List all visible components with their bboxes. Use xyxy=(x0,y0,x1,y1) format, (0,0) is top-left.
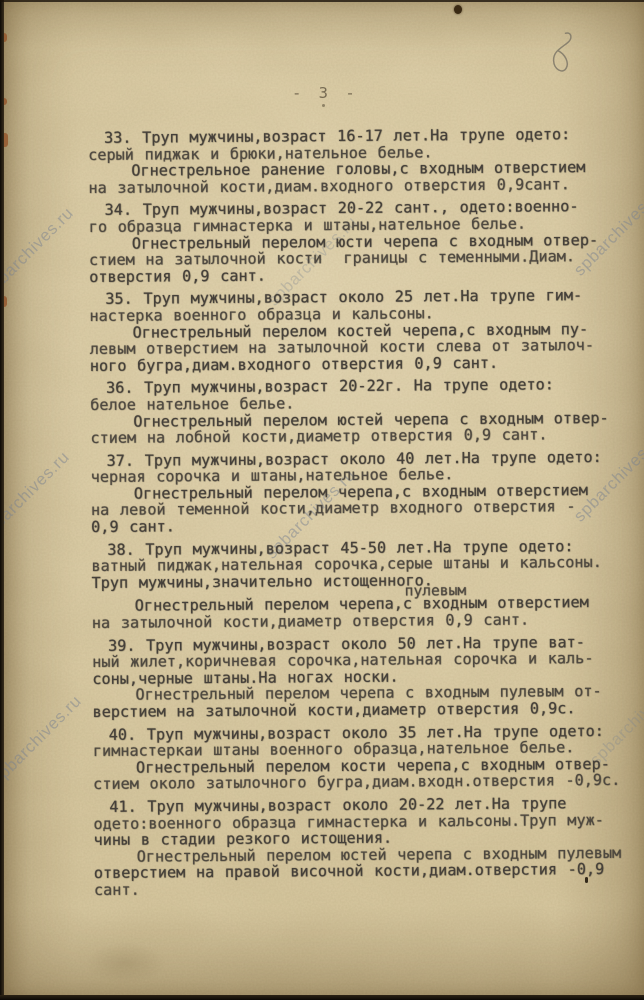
binding-rust-mark xyxy=(4,296,7,307)
scanned-document-page: spbarchives.ru spbarchives.ru spbarchive… xyxy=(0,0,644,1000)
typed-line: Огнестрельный перелом юстей черепа с вхо… xyxy=(94,845,624,866)
binding-rust-mark xyxy=(4,133,8,147)
entry-41: 41. Труп мужчины,возраст около 20-22 лет… xyxy=(93,795,624,899)
binding-rust-mark xyxy=(4,33,7,42)
entry-35: 35. Труп мужчины,возраст около 25 лет.На… xyxy=(89,287,620,374)
typed-page-number: - 3 - xyxy=(292,84,359,102)
watermark-text: spbarchives.ru xyxy=(0,448,74,545)
paper-hole-stain xyxy=(454,5,462,14)
typed-line: на затылочной кости,диам.входного отверс… xyxy=(88,176,618,197)
typed-line: одето:военного образца гимнастерка и кал… xyxy=(93,811,623,832)
entry-39: 39. Труп мужчины,возраст около 50 лет.На… xyxy=(92,633,623,720)
entry-37: 37. Труп мужчины,возраст около 40 лет.На… xyxy=(91,449,622,536)
entry-40: 40. Труп мужчины,возраст около 35 лет.На… xyxy=(93,722,624,793)
paper-smudge xyxy=(86,942,166,984)
handwritten-page-number xyxy=(545,29,576,81)
typed-line: сант. xyxy=(94,878,624,899)
binding-rust-mark xyxy=(4,98,7,105)
scan-edge-left xyxy=(0,0,4,1000)
entry-38: 38. Труп мужчины,возраст 45-50 лет.На тр… xyxy=(91,537,622,631)
entry-33: 33. Труп мужчины,возраст 16-17 лет.На тр… xyxy=(88,126,619,197)
watermark-text: spbarchives.ru xyxy=(0,692,86,789)
typed-line: стием около затылочного бугра,диам.входн… xyxy=(93,772,623,793)
entry-36: 36. Труп мужчины,возраст 20-22г. На труп… xyxy=(90,376,621,447)
typed-line: на затылочной кости,диаметр отверстия 0,… xyxy=(92,611,622,632)
typed-text-block: 33. Труп мужчины,возраст 16-17 лет.На тр… xyxy=(88,126,624,905)
typed-page-number-stray-mark xyxy=(322,104,325,107)
watermark-text: spbarchives.ru xyxy=(0,204,78,301)
scan-edge-bottom xyxy=(0,995,644,1000)
scan-edge-top xyxy=(0,0,644,2)
typed-line: стием на лобной кости,диаметр отверстия … xyxy=(90,426,620,447)
paper-sheet: spbarchives.ru spbarchives.ru spbarchive… xyxy=(4,0,644,995)
entry-34: 34. Труп мужчины,возраст 20-22 сант., од… xyxy=(89,198,620,285)
paper-speck xyxy=(585,877,588,883)
